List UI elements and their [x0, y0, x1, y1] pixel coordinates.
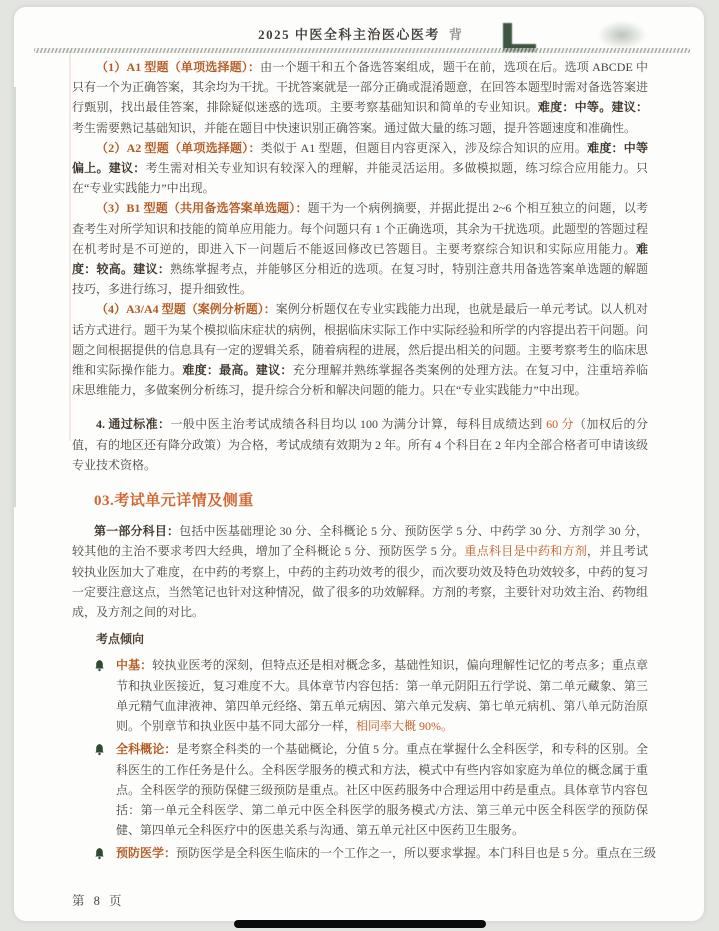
paragraph-part1-subjects: 第一部分科目：包括中医基础理论 30 分、全科概论 5 分、预防医学 5 分、中…	[72, 521, 648, 622]
page-header: 2025 中医全科主治医心医考 背	[72, 17, 648, 53]
paragraph-b1-type: （3）B1 型题（共用备选答案单选题）：题干为一个病例摘要，并据此提出 2~6 …	[72, 198, 648, 299]
black-bar	[234, 920, 486, 928]
bell-icon	[94, 739, 105, 840]
document-body: （1）A1 型题（单项选择题）：由一个题干和五个备选答案组成，题干在前，选项在后…	[72, 53, 648, 864]
paragraph-a2-type: （2）A2 型题（单项选择题）：类似于 A1 型题，但题目内容更深入，涉及综合知…	[72, 138, 648, 199]
paragraph-pass-standard: 4. 通过标准：一般中医主治考试成绩各科目均以 100 为满分计算，每科目成绩达…	[72, 414, 648, 475]
bullet-item-yufang-yixue: 预防医学：预防医学是全科医生临床的一个工作之一，所以要求掌握。本门科目也是 5 …	[94, 843, 696, 863]
paragraph-a3a4-type: （4）A3/A4 型题（案例分析题）：案例分析题仅在专业实践能力出现，也就是最后…	[72, 299, 648, 400]
bullet-text: 中基：较执业医考的深刻，但特点还是相对概念多，基础性知识，偏向理解性记忆的考点多…	[116, 655, 648, 736]
bullet-item-zhongji: 中基：较执业医考的深刻，但特点还是相对概念多，基础性知识，偏向理解性记忆的考点多…	[94, 655, 648, 736]
page-background: 2025 中医全科主治医心医考 背 （1）A1 型题（单项选择题）：由一个题干和…	[0, 0, 719, 931]
title-suffix: 背	[449, 24, 462, 43]
bullet-item-quanke-gailun: 全科概论：是考察全科类的一个基础概论，分值 5 分。重点在掌握什么全科医学，和专…	[94, 739, 648, 840]
bell-icon	[94, 655, 105, 736]
faded-stamp-icon	[598, 21, 646, 49]
section-heading-unit-detail: 03.考试单元详情及侧重	[94, 491, 648, 511]
page-title: 2025 中医全科主治医心医考	[258, 24, 440, 43]
subheading-exam-tendency: 考点倾向	[96, 629, 648, 649]
bullet-text: 全科概论：是考察全科类的一个基础概论，分值 5 分。重点在掌握什么全科医学，和专…	[116, 739, 648, 840]
document-page: 2025 中医全科主治医心医考 背 （1）A1 型题（单项选择题）：由一个题干和…	[14, 7, 704, 921]
page-number: 第 8 页	[72, 891, 125, 909]
bell-icon	[94, 843, 105, 863]
bullet-text: 预防医学：预防医学是全科医生临床的一个工作之一，所以要求掌握。本门科目也是 5 …	[116, 843, 696, 863]
paragraph-a1-type: （1）A1 型题（单项选择题）：由一个题干和五个备选答案组成，题干在前，选项在后…	[72, 57, 648, 138]
